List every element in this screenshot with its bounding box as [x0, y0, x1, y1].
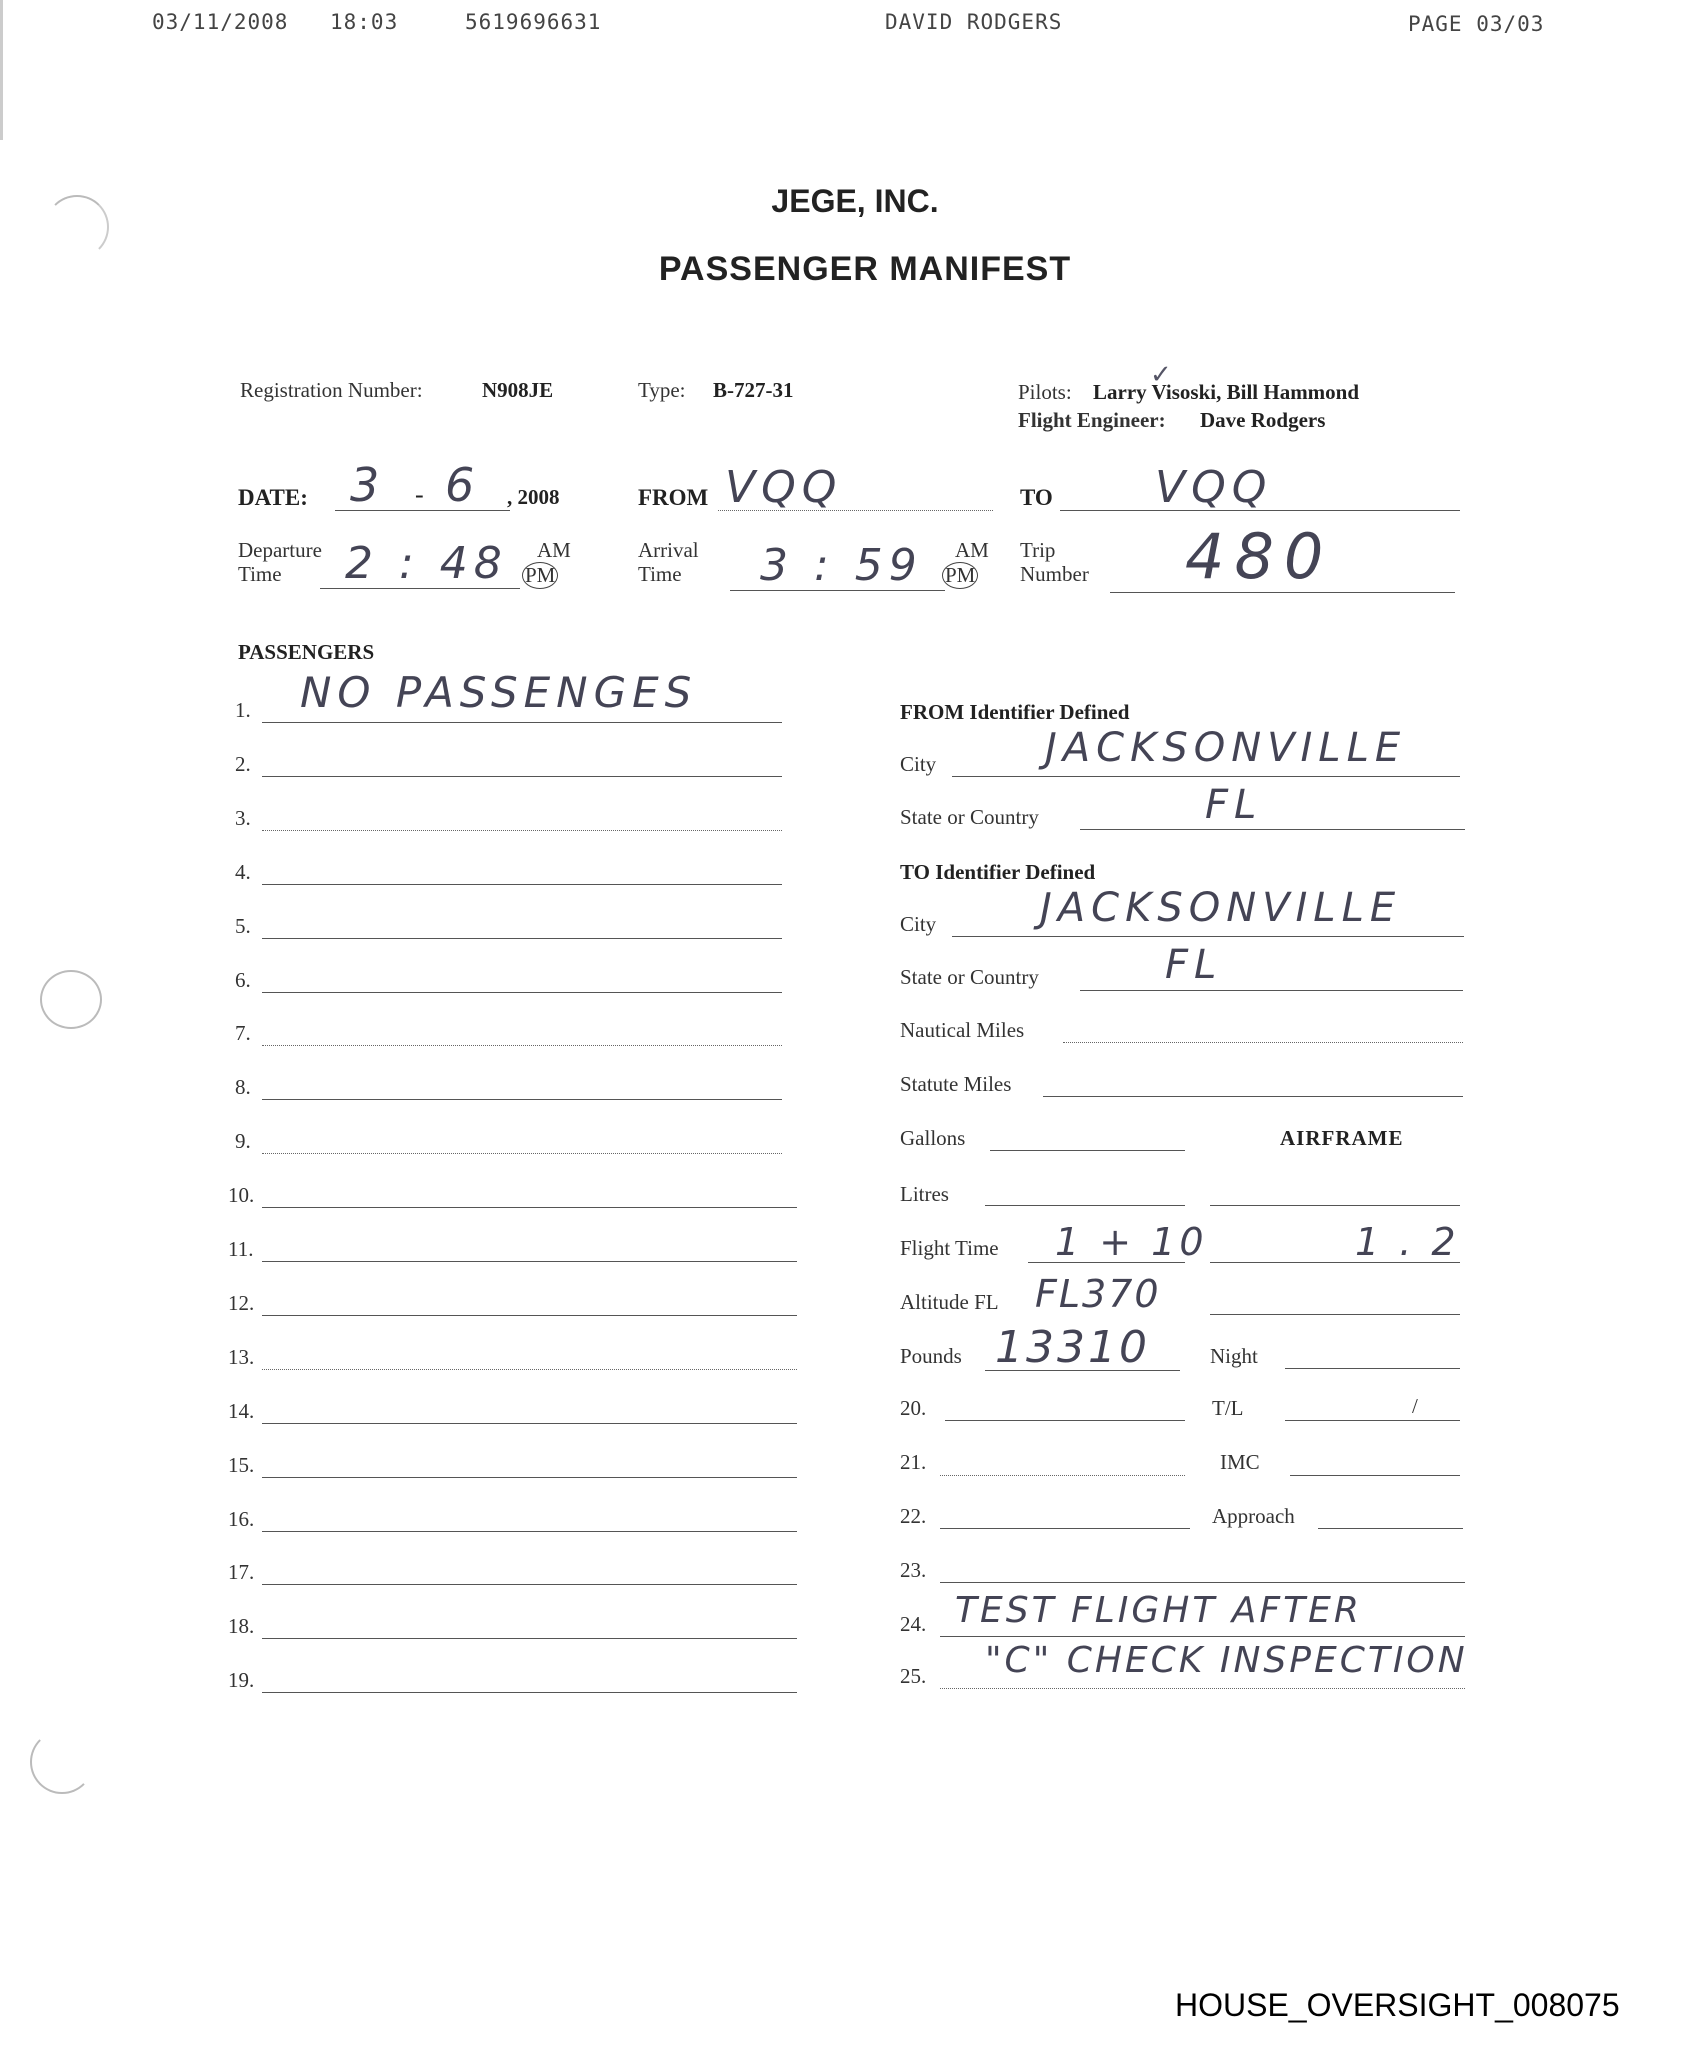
company-name: JEGE, INC. — [0, 183, 1700, 220]
statute-miles-label: Statute Miles — [900, 1072, 1011, 1097]
from-identifier-heading: FROM Identifier Defined — [900, 700, 1129, 725]
binder-hole — [40, 970, 102, 1029]
passenger-number: 15. — [228, 1453, 254, 1478]
arrival-pm-circled: PM — [942, 562, 978, 589]
date-label: DATE: — [238, 485, 308, 511]
passenger-line[interactable] — [262, 776, 782, 777]
fax-phone: 5619696631 — [465, 10, 601, 34]
passenger-number: 11. — [228, 1237, 253, 1262]
passenger-line[interactable] — [262, 1099, 782, 1100]
line-20-label: 20. — [900, 1396, 926, 1421]
line-23-label: 23. — [900, 1558, 926, 1583]
passenger-number: 5. — [235, 914, 251, 939]
trip-label: Trip — [1020, 538, 1055, 563]
passenger-line[interactable] — [262, 1531, 797, 1532]
imc-label: IMC — [1220, 1450, 1260, 1475]
to-city-label: City — [900, 912, 936, 937]
from-state-value[interactable]: FL — [1205, 782, 1262, 828]
to-city-value[interactable]: JACKSONVILLE — [1040, 885, 1401, 931]
passenger-line[interactable] — [262, 1584, 797, 1585]
bates-number: HOUSE_OVERSIGHT_008075 — [1175, 1987, 1620, 2024]
gallons-field[interactable] — [990, 1150, 1185, 1151]
passenger-number: 14. — [228, 1399, 254, 1424]
to-label: TO — [1020, 485, 1053, 511]
gallons-label: Gallons — [900, 1126, 965, 1151]
engineer-value: Dave Rodgers — [1200, 408, 1325, 433]
passenger-number: 6. — [235, 968, 251, 993]
altitude-value[interactable]: FL370 — [1035, 1272, 1161, 1316]
line-20-field[interactable] — [945, 1420, 1185, 1421]
line-23-field[interactable] — [940, 1582, 1465, 1583]
to-value[interactable]: VQQ — [1155, 462, 1272, 513]
passenger-line[interactable] — [262, 1261, 797, 1262]
litres-field[interactable] — [985, 1205, 1185, 1206]
engineer-label: Flight Engineer: — [1018, 408, 1166, 433]
pilots-value: Larry Visoski, Bill Hammond — [1093, 380, 1359, 405]
from-label: FROM — [638, 485, 708, 511]
fax-page: PAGE 03/03 — [1408, 12, 1544, 36]
date-year: , 2008 — [507, 485, 560, 510]
passenger-number: 9. — [235, 1129, 251, 1154]
airframe-time-value[interactable]: 1 . 2 — [1355, 1220, 1460, 1264]
arrival-am: AM — [955, 538, 989, 563]
passenger-line[interactable] — [262, 1692, 797, 1693]
passenger-line[interactable] — [262, 722, 782, 723]
pilots-label: Pilots: — [1018, 380, 1072, 405]
imc-field[interactable] — [1290, 1475, 1460, 1476]
nautical-miles-label: Nautical Miles — [900, 1018, 1024, 1043]
registration-value: N908JE — [482, 378, 553, 403]
flight-time-label: Flight Time — [900, 1236, 999, 1261]
passenger-line[interactable] — [262, 1045, 782, 1046]
from-city-value[interactable]: JACKSONVILLE — [1045, 725, 1406, 771]
passenger-line[interactable] — [262, 1207, 797, 1208]
checkmark-icon: ✓ — [1150, 360, 1172, 390]
passenger-number: 3. — [235, 806, 251, 831]
arrival-label: Arrival — [638, 538, 699, 563]
passenger-number: 1. — [235, 698, 251, 723]
line-22-label: 22. — [900, 1504, 926, 1529]
from-state-label: State or Country — [900, 805, 1039, 830]
to-state-label: State or Country — [900, 965, 1039, 990]
remark-line-25[interactable]: "C" CHECK INSPECTION — [985, 1640, 1468, 1681]
passenger-line[interactable] — [262, 1369, 797, 1370]
passenger-line[interactable] — [262, 1153, 782, 1154]
passenger-line[interactable] — [262, 1315, 797, 1316]
departure-time[interactable]: 2 : 48 — [345, 538, 508, 589]
passenger-number: 2. — [235, 752, 251, 777]
passenger-line[interactable] — [262, 992, 782, 993]
passenger-number: 13. — [228, 1345, 254, 1370]
date-month[interactable]: 3 — [350, 458, 385, 512]
passenger-line[interactable] — [262, 1423, 797, 1424]
airframe-heading: AIRFRAME — [1280, 1126, 1404, 1151]
from-value[interactable]: VQQ — [725, 462, 842, 513]
passenger-number: 7. — [235, 1021, 251, 1046]
night-field[interactable] — [1285, 1368, 1460, 1369]
approach-label: Approach — [1212, 1504, 1295, 1529]
fax-time: 18:03 — [330, 10, 398, 34]
departure-am: AM — [537, 538, 571, 563]
type-label: Type: — [638, 378, 686, 403]
departure-pm-circled: PM — [522, 562, 558, 589]
passenger-line[interactable] — [262, 1477, 797, 1478]
registration-label: Registration Number: — [240, 378, 423, 403]
to-state-value[interactable]: FL — [1165, 942, 1222, 988]
passenger-number: 8. — [235, 1075, 251, 1100]
tl-label: T/L — [1212, 1396, 1244, 1421]
to-identifier-heading: TO Identifier Defined — [900, 860, 1095, 885]
passenger-line[interactable] — [262, 830, 782, 831]
altitude-label: Altitude FL — [900, 1290, 999, 1315]
statute-miles-field[interactable] — [1043, 1096, 1463, 1097]
pounds-value[interactable]: 13310 — [995, 1322, 1150, 1373]
line-24-label: 24. — [900, 1612, 926, 1637]
line-21-field[interactable] — [940, 1475, 1185, 1476]
passenger-number: 18. — [228, 1614, 254, 1639]
passengers-heading: PASSENGERS — [238, 640, 374, 665]
remark-line-24[interactable]: TEST FLIGHT AFTER — [955, 1590, 1362, 1631]
binder-hole — [30, 1730, 94, 1794]
page-edge — [0, 0, 3, 140]
passenger-number: 4. — [235, 860, 251, 885]
passenger-number: 16. — [228, 1507, 254, 1532]
fax-sender: DAVID RODGERS — [885, 10, 1062, 34]
line-25-label: 25. — [900, 1664, 926, 1689]
passenger-line[interactable] — [262, 938, 782, 939]
passenger-number: 17. — [228, 1560, 254, 1585]
fax-date: 03/11/2008 — [152, 10, 288, 34]
flight-time-value[interactable]: 1 + 10 — [1055, 1220, 1208, 1264]
line-21-label: 21. — [900, 1450, 926, 1475]
departure-label: Departure — [238, 538, 322, 563]
passenger-number: 12. — [228, 1291, 254, 1316]
date-day[interactable]: 6 — [445, 458, 480, 512]
from-city-label: City — [900, 752, 936, 777]
page-title: PASSENGER MANIFEST — [0, 250, 1700, 289]
litres-label: Litres — [900, 1182, 949, 1207]
passenger-number: 10. — [228, 1183, 254, 1208]
passenger-number: 19. — [228, 1668, 254, 1693]
type-value: B-727-31 — [713, 378, 794, 403]
trip-number[interactable]: 480 — [1185, 520, 1333, 593]
line-22-field[interactable] — [940, 1528, 1190, 1529]
arrival-time[interactable]: 3 : 59 — [760, 540, 923, 591]
nautical-miles-field[interactable] — [1063, 1042, 1463, 1043]
night-label: Night — [1210, 1344, 1258, 1369]
pounds-label: Pounds — [900, 1344, 962, 1369]
approach-field[interactable] — [1318, 1528, 1463, 1529]
passenger-name[interactable]: NO PASSENGES — [300, 668, 697, 717]
passenger-line[interactable] — [262, 884, 782, 885]
tl-field[interactable] — [1285, 1420, 1460, 1421]
passenger-line[interactable] — [262, 1638, 797, 1639]
